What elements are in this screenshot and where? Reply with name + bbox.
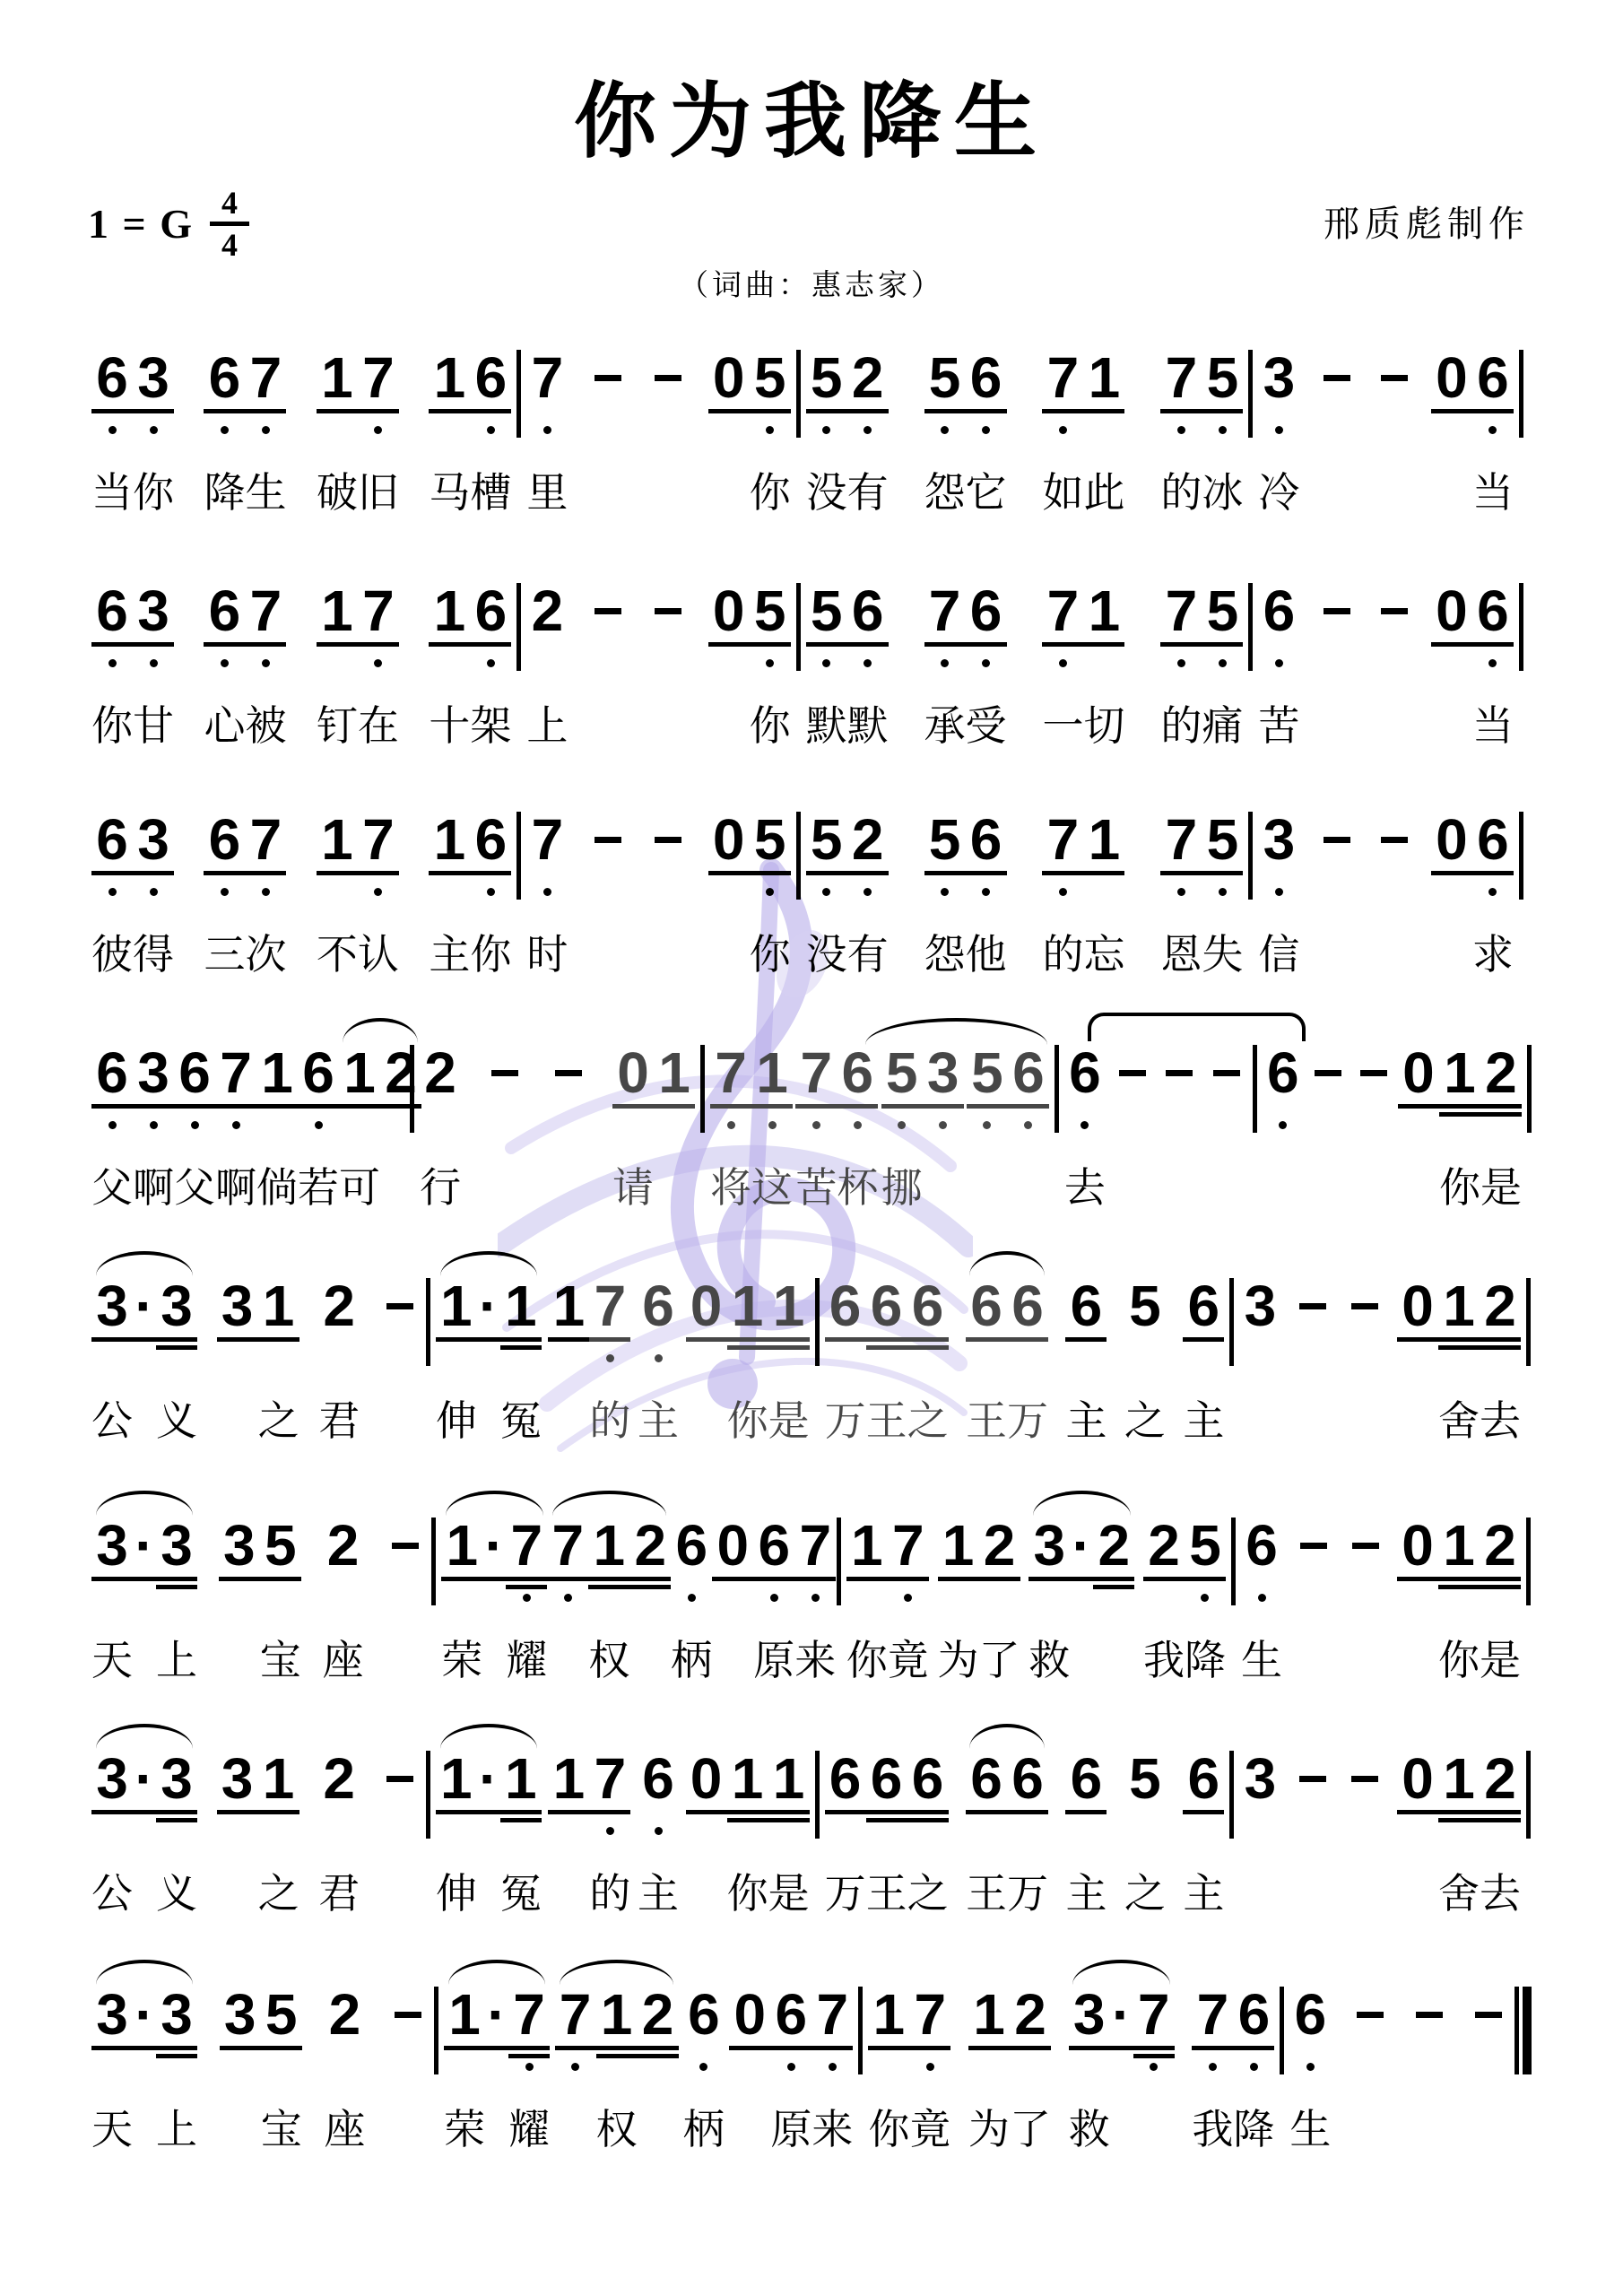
note-token [1112, 1045, 1153, 1212]
note-digit: 2 [1098, 1518, 1130, 1573]
lyric-char [1126, 1165, 1138, 1212]
note-token: 7耀 [506, 1518, 547, 1684]
note-digit: 0 [713, 583, 745, 639]
dash-bar [1475, 2012, 1502, 2018]
lyric-char: 将 [710, 1165, 751, 1212]
note-token: 1你 [868, 1987, 909, 2153]
lyric-char: 主 [638, 1871, 679, 1918]
measure: 1伸· 1冤1 7的6主0 1你1是 [430, 1278, 815, 1445]
dash-note [1324, 812, 1350, 867]
note-digit: 2 [1484, 1751, 1516, 1806]
note-token: 7时 [526, 812, 568, 978]
underline-1 [1010, 2046, 1051, 2050]
note-group [1344, 1278, 1385, 1445]
octave-dot [1250, 2063, 1258, 2071]
octave-dot [1258, 1594, 1266, 1602]
underline-2 [1438, 1818, 1480, 1822]
lyric-char: 的 [1042, 932, 1083, 978]
dash-note [1381, 583, 1408, 639]
note-group: 0 6当 [1431, 583, 1514, 750]
note-digit: 5 [265, 1518, 297, 1573]
note-token: 0 [1397, 1518, 1438, 1684]
note-group: 7苦6杯 [795, 1045, 878, 1212]
note-token: 1钉 [317, 583, 358, 750]
note-digit: 6 [1295, 1987, 1327, 2042]
note-token: 1主 [429, 812, 470, 978]
note-digit: 6 [642, 1278, 674, 1334]
note-digit: 3 [1245, 1278, 1277, 1334]
underline-1 [806, 642, 847, 647]
underline-1 [1233, 2046, 1274, 2050]
note-token [1344, 1278, 1385, 1445]
underline-1 [1183, 1810, 1224, 1814]
note-group [1206, 1045, 1247, 1212]
note-token [1409, 1987, 1450, 2153]
octave-dot [1177, 888, 1185, 896]
note-token: 3上 [156, 1987, 197, 2153]
underline-1 [258, 1337, 299, 1342]
lyric-char [499, 1165, 510, 1212]
note-digit: 3 [161, 1751, 193, 1806]
note-token [385, 1518, 426, 1684]
measure: 6彼3得6三7次1不7认1主6你 [86, 812, 516, 978]
note-digit: 7 [250, 812, 282, 867]
note-token: 6去 [1064, 1045, 1106, 1212]
note-token: 1可 [339, 1045, 380, 1212]
underline-1 [847, 642, 889, 647]
note-group: 7我6降 [1192, 1987, 1274, 2153]
dash-note [555, 1045, 582, 1100]
note-group [1350, 1987, 1391, 2153]
underline-2 [500, 1345, 542, 1350]
note-group [385, 1518, 426, 1684]
note-token: 6苦 [1258, 583, 1299, 750]
note-token: 3 [217, 1751, 258, 1918]
lyric-char: 苦 [1258, 703, 1299, 750]
measure: 3天· 3上3 5宝2座 [86, 1518, 431, 1684]
note-digit: 7 [220, 1045, 252, 1100]
underline-1 [1042, 871, 1083, 875]
note-group: 6主 [1065, 1278, 1107, 1445]
dash-bar [386, 1776, 413, 1782]
note-digit: 6 [1245, 1518, 1278, 1573]
measure: 3信 0 6求 [1253, 812, 1519, 978]
note-digit: 3 [1263, 812, 1296, 867]
note-digit: 1 [1444, 1045, 1476, 1100]
note-token: 0 [1397, 1751, 1438, 1918]
underline-1 [133, 642, 174, 647]
underline-2 [1093, 1585, 1134, 1589]
lyric-char: 是 [768, 1398, 810, 1445]
note-token [379, 1278, 421, 1445]
underline-1 [358, 409, 399, 413]
octave-dot [543, 888, 551, 896]
note-group: 5之 [1124, 1278, 1166, 1445]
lyric-char [1115, 2107, 1127, 2153]
underline-1 [1397, 1810, 1438, 1814]
underline-1 [258, 1810, 299, 1814]
underline-1 [847, 409, 889, 413]
underline-1 [133, 1337, 156, 1342]
lyric-char: 宝 [260, 1638, 301, 1684]
note-token: 6它 [966, 350, 1007, 517]
note-group: 2座 [323, 1518, 364, 1684]
note-digit: 6 [1477, 350, 1509, 405]
note-digit: 0 [716, 1518, 749, 1573]
underline-1 [91, 1337, 133, 1342]
note-digit: 1 [1089, 583, 1121, 639]
dash-note [655, 350, 681, 405]
octave-dot [939, 1121, 947, 1129]
underline-1 [133, 1810, 156, 1814]
underline-1 [1202, 642, 1243, 647]
note-digit: 5 [1207, 583, 1239, 639]
note-group: 7的5痛 [1160, 583, 1243, 750]
note-digit: 6 [96, 583, 128, 639]
note-group: 3 1之 [217, 1751, 299, 1918]
underline-2 [508, 2054, 550, 2058]
note-token: 1此 [1083, 350, 1124, 517]
underline-1 [1472, 642, 1514, 647]
underline-1 [629, 1577, 671, 1581]
octave-dot [1488, 659, 1497, 667]
note-digit: 0 [713, 812, 745, 867]
note-digit: 7 [1166, 583, 1198, 639]
underline-1 [1160, 642, 1202, 647]
note-token: 1你 [1439, 1045, 1480, 1212]
lyric-char: 行 [420, 1165, 461, 1212]
note-token: 5你 [750, 583, 791, 750]
dash-note [1351, 1751, 1378, 1806]
octave-dot [727, 1121, 735, 1129]
note-group: 3天· 3上 [91, 1987, 197, 2153]
underline-1 [156, 2046, 197, 2050]
note-digit: 1 [440, 1751, 473, 1806]
note-token: 1不 [317, 812, 358, 978]
note-token: 5怨 [924, 812, 966, 978]
note-token: · [133, 1987, 156, 2153]
note-digit: 1 [505, 1278, 537, 1334]
note-digit: 3 [96, 1987, 128, 2042]
underline-1 [429, 871, 470, 875]
underline-1 [485, 2046, 508, 2050]
underline-1 [470, 642, 511, 647]
underline-2 [727, 1818, 768, 1822]
note-token: 6你 [91, 583, 133, 750]
lyric-char: 你 [1438, 1638, 1480, 1684]
lyric-char: 天 [91, 2107, 133, 2153]
note-digit: 1 [732, 1751, 764, 1806]
note-digit: 7 [560, 1987, 592, 2042]
dash-note [595, 583, 621, 639]
underline-1 [215, 1104, 256, 1109]
note-token: 2君 [318, 1751, 360, 1918]
octave-dot [108, 659, 117, 667]
note-digit: 7 [715, 1045, 747, 1100]
lyric-char: 旧 [358, 470, 399, 517]
lyric-char: 上 [156, 2107, 197, 2153]
note-token [1353, 1045, 1394, 1212]
lyric-char: 此 [1083, 470, 1124, 517]
octave-dot [811, 1594, 820, 1602]
note-digit: 1 [601, 1987, 633, 2042]
lyric-char [1388, 470, 1400, 517]
note-digit: 7 [595, 1278, 627, 1334]
underline-1 [1007, 1337, 1048, 1342]
note-token: 3救 [1069, 1987, 1110, 2153]
underline-1 [866, 1810, 907, 1814]
note-digit: 6 [475, 812, 508, 867]
lyric-char [489, 1638, 500, 1684]
note-token: 2了 [1010, 1987, 1051, 2153]
lyric-char: 为 [968, 2107, 1010, 2153]
underline-1 [1397, 1577, 1438, 1581]
dot-separator: · [1072, 1518, 1091, 1573]
sheet-music-page: 你为我降生 1 = G 4 4 邢质彪制作 （词曲：惠志家） 6当3你6降7生1… [0, 0, 1623, 2296]
lyric-char [1413, 1165, 1425, 1212]
note-digit: 3 [1033, 1518, 1065, 1573]
dash-bar [1416, 2012, 1443, 2018]
octave-dot [150, 659, 158, 667]
note-token: 0 [1398, 1045, 1439, 1212]
dash-note [1416, 1987, 1443, 2042]
underline-1 [133, 871, 174, 875]
note-group: 7 1权2 [547, 1518, 671, 1684]
measure: 6苦 0 6当 [1253, 583, 1519, 750]
note-token: 1 [548, 1751, 589, 1918]
measure: 1你7竟1为2了3救· 7 7我6降 [863, 1987, 1280, 2153]
underline-1 [1093, 1577, 1134, 1581]
dash-bar [655, 375, 681, 381]
lyric-char [1360, 1638, 1372, 1684]
score-line-2: 6你3甘6心7被1钉7在1十6架2上 0 5你5默6默7承6受7一1切7的5痛6… [86, 583, 1532, 789]
note-group [1345, 1518, 1386, 1684]
score-line-5: 3公· 3义3 1之2君 1伸· 1冤1 7的6主0 1你1是6万6王6之6王6… [86, 1278, 1532, 1484]
lyric-char [139, 2107, 151, 2153]
underline-1 [1185, 1577, 1226, 1581]
note-token [1374, 583, 1415, 750]
lyric-char: 不 [317, 932, 358, 978]
note-digit: 3 [221, 1751, 254, 1806]
note-group: 6主 [1183, 1278, 1224, 1445]
note-token: 1你 [727, 1278, 768, 1445]
note-token: 2了 [979, 1518, 1020, 1684]
note-digit: 1 [505, 1751, 537, 1806]
note-digit: 6 [96, 812, 128, 867]
underline-1 [133, 409, 174, 413]
note-token: 3信 [1258, 812, 1299, 978]
note-digit: 6 [1069, 1045, 1101, 1100]
underline-1 [966, 1810, 1007, 1814]
note-token: 2去 [1480, 1278, 1521, 1445]
underline-1 [133, 1577, 156, 1581]
note-group: 1马6槽 [429, 350, 511, 517]
octave-dot [822, 659, 830, 667]
lyric-char: 当 [91, 470, 133, 517]
lyric-char [1359, 1398, 1371, 1445]
underline-1 [1065, 1810, 1107, 1814]
octave-dot [982, 426, 990, 434]
measure: 3 0 1舍2去 [1234, 1278, 1526, 1445]
note-group: 2行 [420, 1045, 461, 1212]
note-token: 0 [708, 812, 750, 978]
dash-bar [595, 375, 621, 381]
note-digit: 7 [1138, 1987, 1170, 2042]
note-digit: 7 [250, 583, 282, 639]
lyric-char [139, 1398, 151, 1445]
note-digit: 7 [1047, 583, 1080, 639]
note-digit: 5 [754, 812, 786, 867]
note-token: 1忘 [1083, 812, 1124, 978]
dash-bar [395, 2012, 421, 2018]
note-digit: 1 [446, 1518, 478, 1573]
lyric-char: 降 [1233, 2107, 1274, 2153]
underline-2 [1480, 1112, 1522, 1117]
lyric-char: 当 [1472, 703, 1514, 750]
note-token: 7 [1133, 1987, 1175, 2153]
note-group [1292, 1278, 1333, 1445]
lyric-char: 王 [866, 1398, 907, 1445]
lyric-char: 王 [966, 1398, 1007, 1445]
note-token: 3甘 [133, 583, 174, 750]
note-digit: 2 [424, 1045, 456, 1100]
note-group: 5怨6它 [924, 350, 1007, 517]
lyric-char: 冷 [1258, 470, 1299, 517]
lyric-char: 救 [1069, 2107, 1110, 2153]
dash-bar [1352, 1543, 1379, 1549]
lyric-char: 之 [258, 1398, 299, 1445]
note-digit: 3 [137, 350, 169, 405]
underline-2 [588, 1585, 629, 1589]
note-digit: 1 [261, 1045, 293, 1100]
underline-1 [156, 1337, 197, 1342]
note-digit: 1 [343, 1045, 376, 1100]
underline-1 [1008, 1104, 1049, 1109]
note-group [1112, 1045, 1153, 1212]
note-group: 1 7的 [548, 1278, 630, 1445]
note-group: 1伸· 1冤 [436, 1751, 542, 1918]
note-token [1345, 1518, 1386, 1684]
lyric-char: 你 [91, 703, 133, 750]
lyric-char: 你 [750, 932, 791, 978]
lyric-char: 甘 [133, 703, 174, 750]
note-group: 1为2了 [938, 1518, 1020, 1684]
note-group: 6万6王6之 [825, 1278, 949, 1445]
underline-1 [686, 1810, 727, 1814]
note-digit: 2 [532, 583, 564, 639]
note-group: 7 1权2 [555, 1987, 679, 2153]
lyric-char: 痛 [1202, 703, 1243, 750]
note-token: 3公 [91, 1278, 133, 1445]
note-group: 7的5冰 [1160, 350, 1243, 517]
lyric-char: 冤 [500, 1871, 542, 1918]
underline-1 [811, 2046, 853, 2050]
note-token: · [477, 1751, 500, 1918]
lyric-char: 的 [1160, 703, 1202, 750]
underline-1 [204, 871, 245, 875]
note-digit: 7 [250, 350, 282, 405]
note-digit: 7 [1166, 812, 1198, 867]
note-digit: 1 [321, 583, 353, 639]
measure: 5没2有5怨6他7的1忘7恩5失 [801, 812, 1249, 978]
lyric-char: 你 [133, 470, 174, 517]
underline-1 [436, 1810, 477, 1814]
slur-arc [96, 1251, 194, 1276]
underline-1 [837, 1104, 878, 1109]
lyric-char: 柄 [683, 2107, 725, 2153]
lyric-char: 耀 [506, 1638, 547, 1684]
note-digit: 0 [617, 1045, 649, 1100]
octave-dot [864, 659, 872, 667]
note-digit: 7 [1166, 350, 1198, 405]
underline-1 [924, 871, 966, 875]
underline-1 [596, 2046, 638, 2050]
note-token: 1伸 [436, 1751, 477, 1918]
underline-1 [1143, 1577, 1185, 1581]
lyric-char [395, 1165, 407, 1212]
octave-dot [1081, 1121, 1089, 1129]
underline-1 [1480, 1104, 1522, 1109]
underline-1 [91, 409, 133, 413]
note-token: 3公 [91, 1751, 133, 1918]
note-group: 1为2了 [968, 1987, 1051, 2153]
lyric-char [231, 1398, 243, 1445]
lyric-char [1023, 1165, 1035, 1212]
note-token: 0请 [612, 1045, 654, 1212]
octave-dot [1177, 426, 1185, 434]
lyric-char: 舍 [1438, 1398, 1480, 1445]
octave-dot [108, 1121, 117, 1129]
note-token: 0 [708, 583, 750, 750]
note-group [1307, 1045, 1349, 1212]
score-line-3: 6彼3得6三7次1不7认1主6你7时 0 5你5没2有5怨6他7的1忘7恩5失3… [86, 812, 1532, 1018]
octave-dot [864, 426, 872, 434]
lyric-char: 生 [1289, 2107, 1331, 2153]
underline-2 [500, 1818, 542, 1822]
underline-1 [429, 409, 470, 413]
note-group: 0 5你 [708, 350, 791, 517]
slur-arc [343, 1018, 419, 1043]
note-token: 5没 [806, 350, 847, 517]
dot-separator: · [479, 1751, 498, 1806]
underline-1 [924, 409, 966, 413]
octave-dot [655, 1827, 663, 1835]
underline-1 [217, 1337, 258, 1342]
lyric-char: 你 [846, 1638, 888, 1684]
note-digit: 3 [927, 1045, 959, 1100]
underline-1 [924, 642, 966, 647]
lyric-char: 如 [1042, 470, 1083, 517]
note-digit: 0 [713, 350, 745, 405]
note-token: 3啊 [133, 1045, 174, 1212]
underline-1 [91, 871, 133, 875]
measure: 2行 0请1 [414, 1045, 700, 1212]
note-token: 1冤 [500, 1278, 542, 1445]
slur-arc [1072, 1960, 1170, 1985]
note-digit: 3 [137, 812, 169, 867]
lyric-char [1388, 932, 1400, 978]
note-digit: 3 [161, 1518, 193, 1573]
lyric-char [744, 2107, 756, 2153]
note-group: 6王6万 [966, 1278, 1048, 1445]
note-token: 7生 [245, 350, 286, 517]
dash-note [1352, 1518, 1379, 1573]
note-digit: 6 [970, 1751, 1002, 1806]
note-group [1316, 812, 1358, 978]
note-group [1353, 1045, 1394, 1212]
note-digit: 6 [970, 583, 1002, 639]
note-group: 0 6原7来 [712, 1518, 836, 1684]
